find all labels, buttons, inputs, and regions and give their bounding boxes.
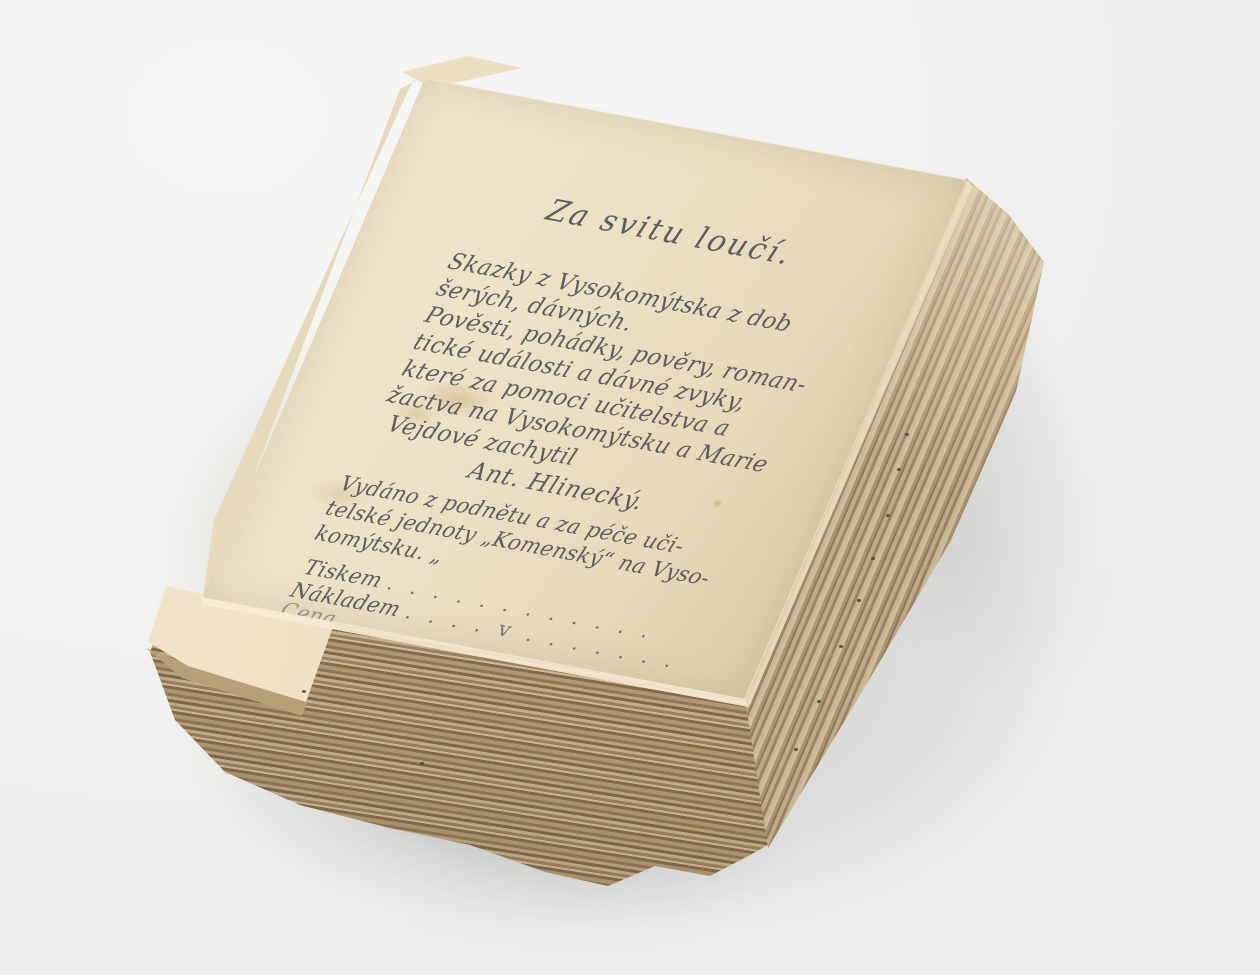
page-title: Za svitu loučí. xyxy=(541,193,799,272)
ink-speck xyxy=(817,700,821,703)
ink-speck xyxy=(905,433,909,436)
photo-canvas: Za svitu loučí. Skazky z Vysokomýtska z … xyxy=(0,0,1260,975)
ink-speck xyxy=(857,599,861,602)
ink-speck xyxy=(302,690,306,693)
ink-speck xyxy=(871,557,875,560)
ink-speck xyxy=(886,514,890,517)
ink-speck xyxy=(897,468,901,471)
ink-speck xyxy=(794,748,798,751)
ink-speck xyxy=(420,762,424,765)
ink-speck xyxy=(839,645,843,648)
